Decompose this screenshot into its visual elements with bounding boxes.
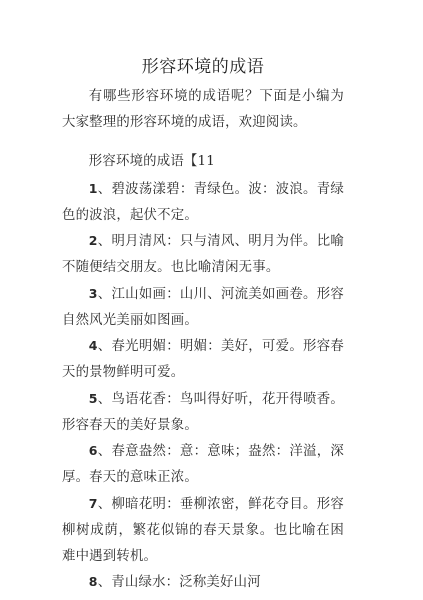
item-separator: 、 bbox=[98, 234, 112, 249]
idiom-item: 3、江山如画：山川、河流美如画卷。形容自然风光美丽如图画。 bbox=[62, 281, 344, 334]
idiom-item: 2、明月清风：只与清风、明月为伴。比喻不随便结交朋友。也比喻清闲无事。 bbox=[62, 228, 344, 281]
section-heading: 形容环境的成语【11 bbox=[62, 149, 344, 175]
item-number: 8 bbox=[89, 574, 98, 589]
item-number: 3 bbox=[89, 286, 98, 301]
item-separator: 、 bbox=[98, 182, 112, 197]
item-separator: 、 bbox=[98, 575, 112, 590]
item-number: 4 bbox=[89, 338, 98, 353]
idiom-item: 8、青山绿水：泛称美好山河 bbox=[62, 569, 344, 596]
item-number: 2 bbox=[89, 233, 98, 248]
document-title: 形容环境的成语 bbox=[62, 55, 344, 79]
item-text: 青山绿水：泛称美好山河 bbox=[111, 575, 261, 590]
item-separator: 、 bbox=[98, 392, 112, 407]
item-separator: 、 bbox=[98, 497, 112, 512]
idiom-item: 4、春光明媚：明媚：美好，可爱。形容春天的景物鲜明可爱。 bbox=[62, 333, 344, 386]
item-number: 6 bbox=[89, 443, 98, 458]
item-separator: 、 bbox=[98, 444, 112, 459]
intro-paragraph: 有哪些形容环境的成语呢？下面是小编为大家整理的形容环境的成语，欢迎阅读。 bbox=[62, 84, 344, 136]
item-separator: 、 bbox=[98, 287, 112, 302]
item-number: 1 bbox=[89, 181, 98, 196]
idiom-item: 7、柳暗花明：垂柳浓密，鲜花夺目。形容柳树成荫，繁花似锦的春天景象。也比喻在困难… bbox=[62, 491, 344, 571]
item-separator: 、 bbox=[98, 339, 112, 354]
item-number: 7 bbox=[89, 496, 98, 511]
idiom-item: 6、春意盎然：意：意味；盎然：洋溢，深厚。春天的意味正浓。 bbox=[62, 438, 344, 491]
idiom-item: 1、碧波荡漾碧：青绿色。波：波浪。青绿色的波浪，起伏不定。 bbox=[62, 176, 344, 229]
idiom-item: 5、鸟语花香：鸟叫得好听，花开得喷香。形容春天的美好景象。 bbox=[62, 386, 344, 439]
item-number: 5 bbox=[89, 391, 98, 406]
